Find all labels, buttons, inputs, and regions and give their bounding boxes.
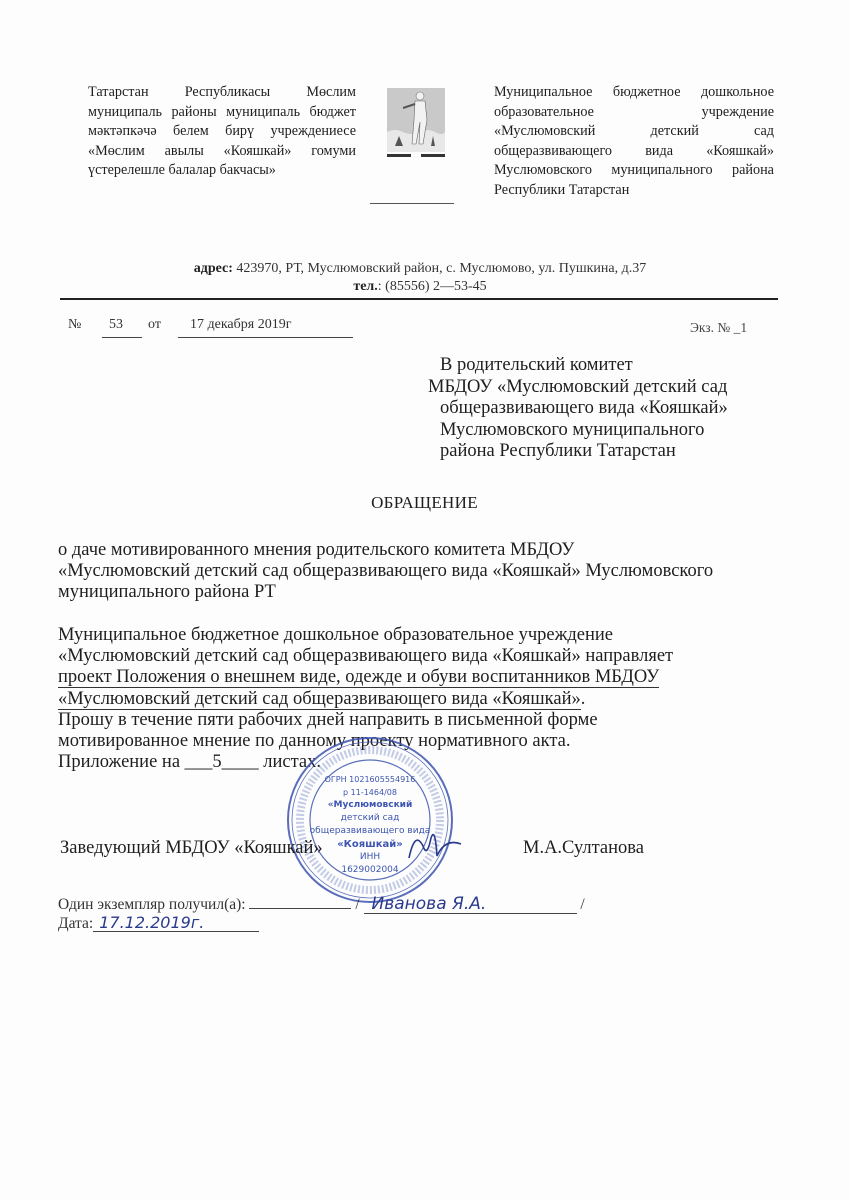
document-date: 17 декабря 2019г [190, 317, 291, 333]
address-label: адрес: [194, 261, 233, 276]
recipient-line: МБДОУ «Муслюмовский детский сад [428, 377, 728, 399]
recipient-block: В родительский комитет МБДОУ «Муслюмовск… [428, 355, 728, 463]
stamp-ogrn: ОГРН 1021605554916 [285, 773, 455, 786]
period: . [581, 689, 586, 709]
divider [370, 203, 454, 204]
recipient-line: общеразвивающего вида «Кояшкай» [428, 398, 728, 420]
date-label: от [148, 317, 161, 333]
date-underline [178, 337, 353, 338]
header-rule [60, 298, 778, 300]
subject-block: о даче мотивированного мнения родительск… [58, 540, 713, 603]
phone-label: тел. [353, 279, 377, 294]
signer-name: М.А.Султанова [523, 838, 644, 859]
handwritten-signature-icon [405, 828, 465, 873]
address-text: 423970, РТ, Муслюмовский район, с. Муслю… [233, 261, 646, 276]
number-label: № [68, 317, 81, 333]
body-line: Муниципальное бюджетное дошкольное образ… [58, 625, 673, 646]
official-stamp-icon: ОГРН 1021605554916 р 11-1464/08 «Муслюмо… [285, 735, 455, 905]
copy-number: Экз. № _1 [690, 320, 747, 336]
document-number: 53 [109, 317, 123, 333]
received-line: Один экземпляр получил(а): / Иванова Я.А… [58, 896, 585, 914]
request-line: Прошу в течение пяти рабочих дней направ… [58, 710, 673, 731]
attachment-prefix: Приложение на [58, 752, 185, 772]
address-block: адрес: 423970, РТ, Муслюмовский район, с… [60, 260, 780, 296]
number-underline [102, 337, 142, 338]
phone-text: : (85556) 2—53-45 [378, 279, 487, 294]
header-institution-tatar: Татарстан Республикасы Мөслим муниципаль… [88, 83, 356, 181]
attachment-count: ___5____ [185, 752, 259, 772]
subject-line: о даче мотивированного мнения родительск… [58, 540, 713, 561]
receipt-date: 17.12.2019г. [93, 914, 259, 932]
document-title: ОБРАЩЕНИЕ [0, 493, 849, 513]
stamp-line: детский сад [285, 812, 455, 825]
signature-row: Заведующий МБДОУ «Кояшкай» [60, 838, 323, 859]
received-name: Иванова Я.А. [364, 896, 577, 914]
underlined-line: «Муслюмовский детский сад общеразвивающе… [58, 689, 581, 710]
stamp-reg: р 11-1464/08 [285, 786, 455, 799]
received-label: Один экземпляр получил(а): [58, 896, 249, 913]
subject-line: муниципального района РТ [58, 582, 713, 603]
signer-position: Заведующий МБДОУ «Кояшкай» [60, 838, 323, 858]
body-line: «Муслюмовский детский сад общеразвивающе… [58, 646, 673, 667]
receipt-date-line: Дата:17.12.2019г. [58, 914, 585, 932]
recipient-signature-field [249, 896, 351, 909]
recipient-line: В родительский комитет [428, 355, 728, 377]
header-institution-russian: Муниципальное бюджетное дошкольное образ… [494, 83, 774, 201]
coat-of-arms-icon [385, 86, 447, 166]
receipt-block: Один экземпляр получил(а): / Иванова Я.А… [58, 896, 585, 932]
recipient-line: района Республики Татарстан [428, 441, 728, 463]
subject-line: «Муслюмовский детский сад общеразвивающе… [58, 561, 713, 582]
recipient-line: Муслюмовского муниципального [428, 420, 728, 442]
stamp-line: «Муслюмовский [285, 799, 455, 812]
receipt-date-label: Дата: [58, 915, 93, 932]
underlined-line: проект Положения о внешнем виде, одежде … [58, 667, 659, 688]
